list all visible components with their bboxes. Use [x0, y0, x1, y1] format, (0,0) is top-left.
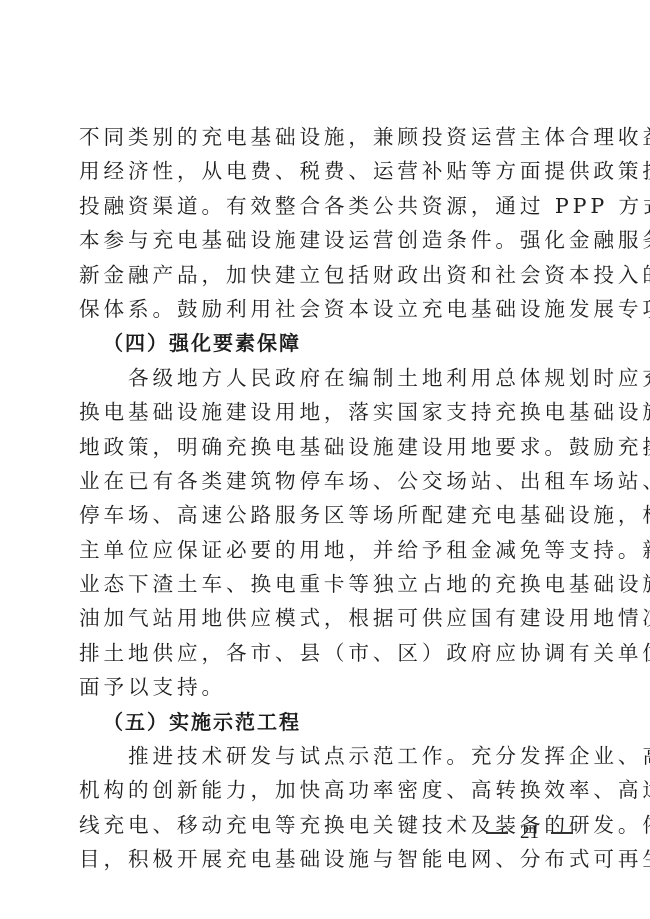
text-line: 地政策，明确充换电基础设施建设用地要求。鼓励充换电运营企 — [79, 430, 571, 464]
section-heading-4: （四）强化要素保障 — [79, 326, 571, 360]
dash-right-decoration — [551, 832, 573, 834]
text-line: 机构的创新能力，加快高功率密度、高转换效率、高适用性、无 — [79, 773, 571, 807]
text-line: 新金融产品，加快建立包括财政出资和社会资本投入的多层次担 — [79, 258, 571, 292]
text-line: 用经济性，从电费、税费、运营补贴等方面提供政策扶持。拓宽 — [79, 154, 571, 188]
dash-left-decoration — [486, 832, 508, 834]
text-line: 排土地供应，各市、县（市、区）政府应协调有关单位在用地方 — [79, 636, 571, 670]
text-line: 保体系。鼓励利用社会资本设立充电基础设施发展专项基金。 — [79, 292, 571, 326]
paragraph-land-support: 各级地方人民政府在编制土地利用总体规划时应充分考虑充 换电基础设施建设用地，落实… — [79, 361, 571, 705]
page-footer: 21 — [486, 822, 573, 844]
text-line: 本参与充电基础设施建设运营创造条件。强化金融服务支撑，创 — [79, 223, 571, 257]
text-line: 主单位应保证必要的用地，并给予租金减免等支持。新模式、新 — [79, 533, 571, 567]
text-line: 业在已有各类建筑物停车场、公交场站、出租车场站、社会公共 — [79, 464, 571, 498]
paragraph-demonstration: 推进技术研发与试点示范工作。充分发挥企业、高校、科研 机构的创新能力，加快高功率… — [79, 739, 571, 877]
text-line: 目，积极开展充电基础设施与智能电网、分布式可再生能源、智 — [79, 842, 571, 876]
text-line: 面予以支持。 — [79, 670, 571, 704]
document-body: 不同类别的充电基础设施，兼顾投资运营主体合理收益与用户使 用经济性，从电费、税费… — [79, 120, 571, 877]
text-line: 推进技术研发与试点示范工作。充分发挥企业、高校、科研 — [79, 739, 571, 773]
text-line: 换电基础设施建设用地，落实国家支持充换电基础设施建设的用 — [79, 395, 571, 429]
page-number: 21 — [520, 822, 539, 844]
text-line: 不同类别的充电基础设施，兼顾投资运营主体合理收益与用户使 — [79, 120, 571, 154]
document-page: 不同类别的充电基础设施，兼顾投资运营主体合理收益与用户使 用经济性，从电费、税费… — [0, 0, 650, 919]
section-heading-5: （五）实施示范工程 — [79, 705, 571, 739]
text-line: 油加气站用地供应模式，根据可供应国有建设用地情况，优先安 — [79, 601, 571, 635]
text-line: 各级地方人民政府在编制土地利用总体规划时应充分考虑充 — [79, 361, 571, 395]
text-line: 停车场、高速公路服务区等场所配建充电基础设施，相关场所业 — [79, 498, 571, 532]
paragraph-financing: 不同类别的充电基础设施，兼顾投资运营主体合理收益与用户使 用经济性，从电费、税费… — [79, 120, 571, 326]
text-line: 投融资渠道。有效整合各类公共资源，通过 PPP 方式，为社会资 — [79, 189, 571, 223]
text-line: 业态下渣土车、换电重卡等独立占地的充换电基础设施应按照加 — [79, 567, 571, 601]
